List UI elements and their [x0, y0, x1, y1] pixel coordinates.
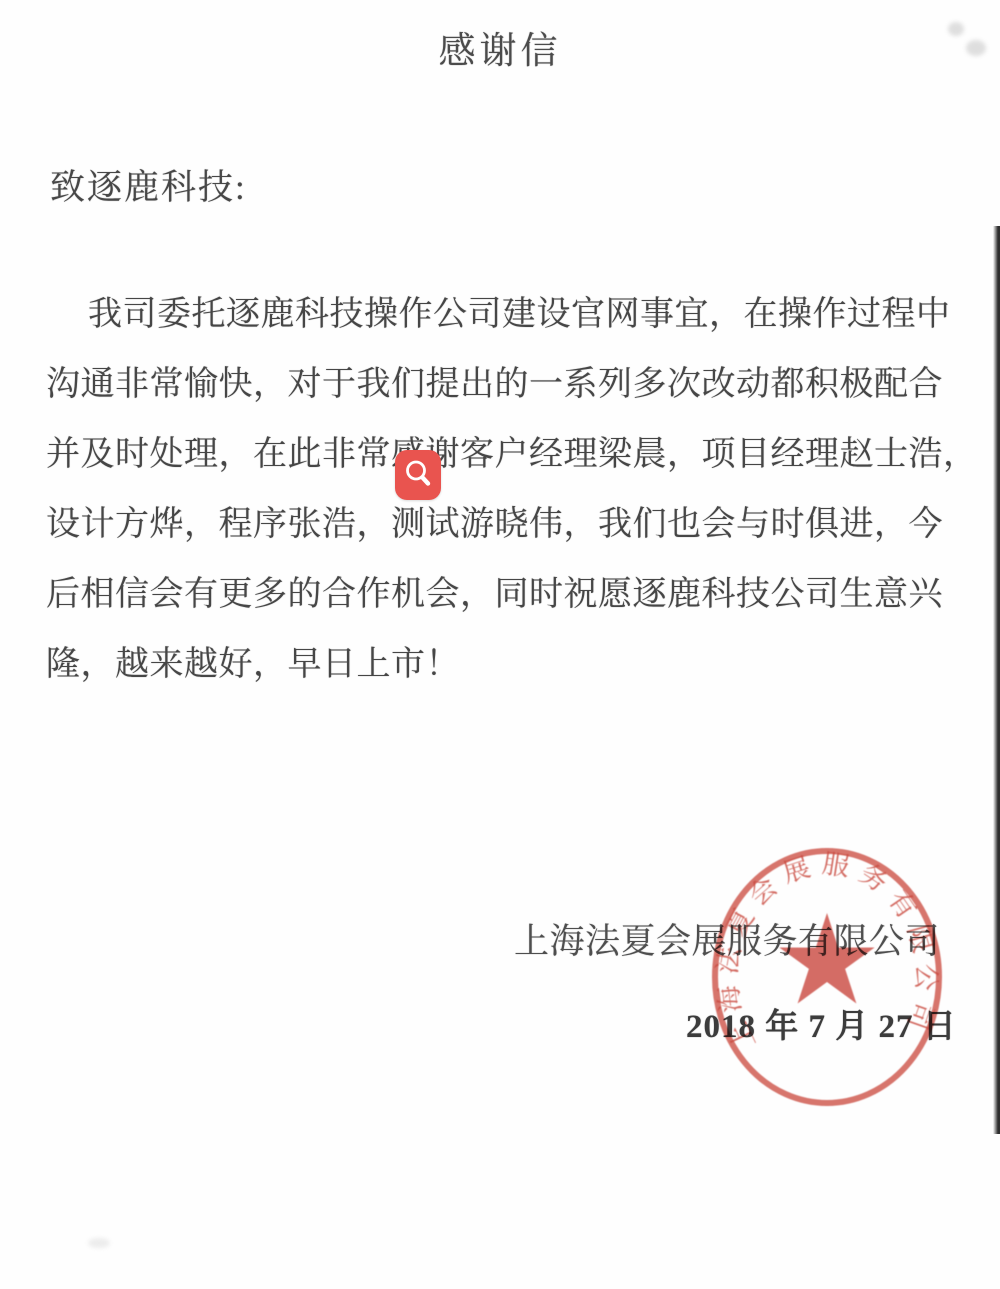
- body-line: 我司委托逐鹿科技操作公司建设官网事宜，在操作过程中: [46, 280, 954, 350]
- company-seal-stamp: 上海法夏会展服务有限公司: [706, 843, 948, 1111]
- letter-body: 我司委托逐鹿科技操作公司建设官网事宜，在操作过程中 沟通非常愉快，对于我们提出的…: [46, 280, 954, 700]
- scan-border-shadow: [993, 226, 1000, 1134]
- body-line: 设计方烨，程序张浩，测试游晓伟，我们也会与时俱进，今: [46, 490, 954, 560]
- body-line: 隆，越来越好，早日上市！: [46, 630, 954, 700]
- body-line: 并及时处理，在此非常感谢客户经理梁晨，项目经理赵士浩，: [46, 420, 954, 490]
- seal-ring: [715, 851, 939, 1103]
- letter-title: 感谢信: [0, 20, 1000, 74]
- body-line: 后相信会有更多的合作机会，同时祝愿逐鹿科技公司生意兴: [46, 560, 954, 630]
- signature-date: 2018 年 7 月 27 日: [686, 1000, 957, 1047]
- letter-salutation: 致逐鹿科技:: [50, 160, 247, 210]
- body-line: 沟通非常愉快，对于我们提出的一系列多次改动都积极配合: [46, 350, 954, 420]
- letter-page: 感谢信 致逐鹿科技: 我司委托逐鹿科技操作公司建设官网事宜，在操作过程中 沟通非…: [0, 0, 1000, 1289]
- signature-company-name: 上海法夏会展服务有限公司: [514, 914, 940, 964]
- scan-speck: [88, 1238, 110, 1248]
- zoom-badge[interactable]: [395, 450, 441, 500]
- search-icon: [401, 457, 435, 493]
